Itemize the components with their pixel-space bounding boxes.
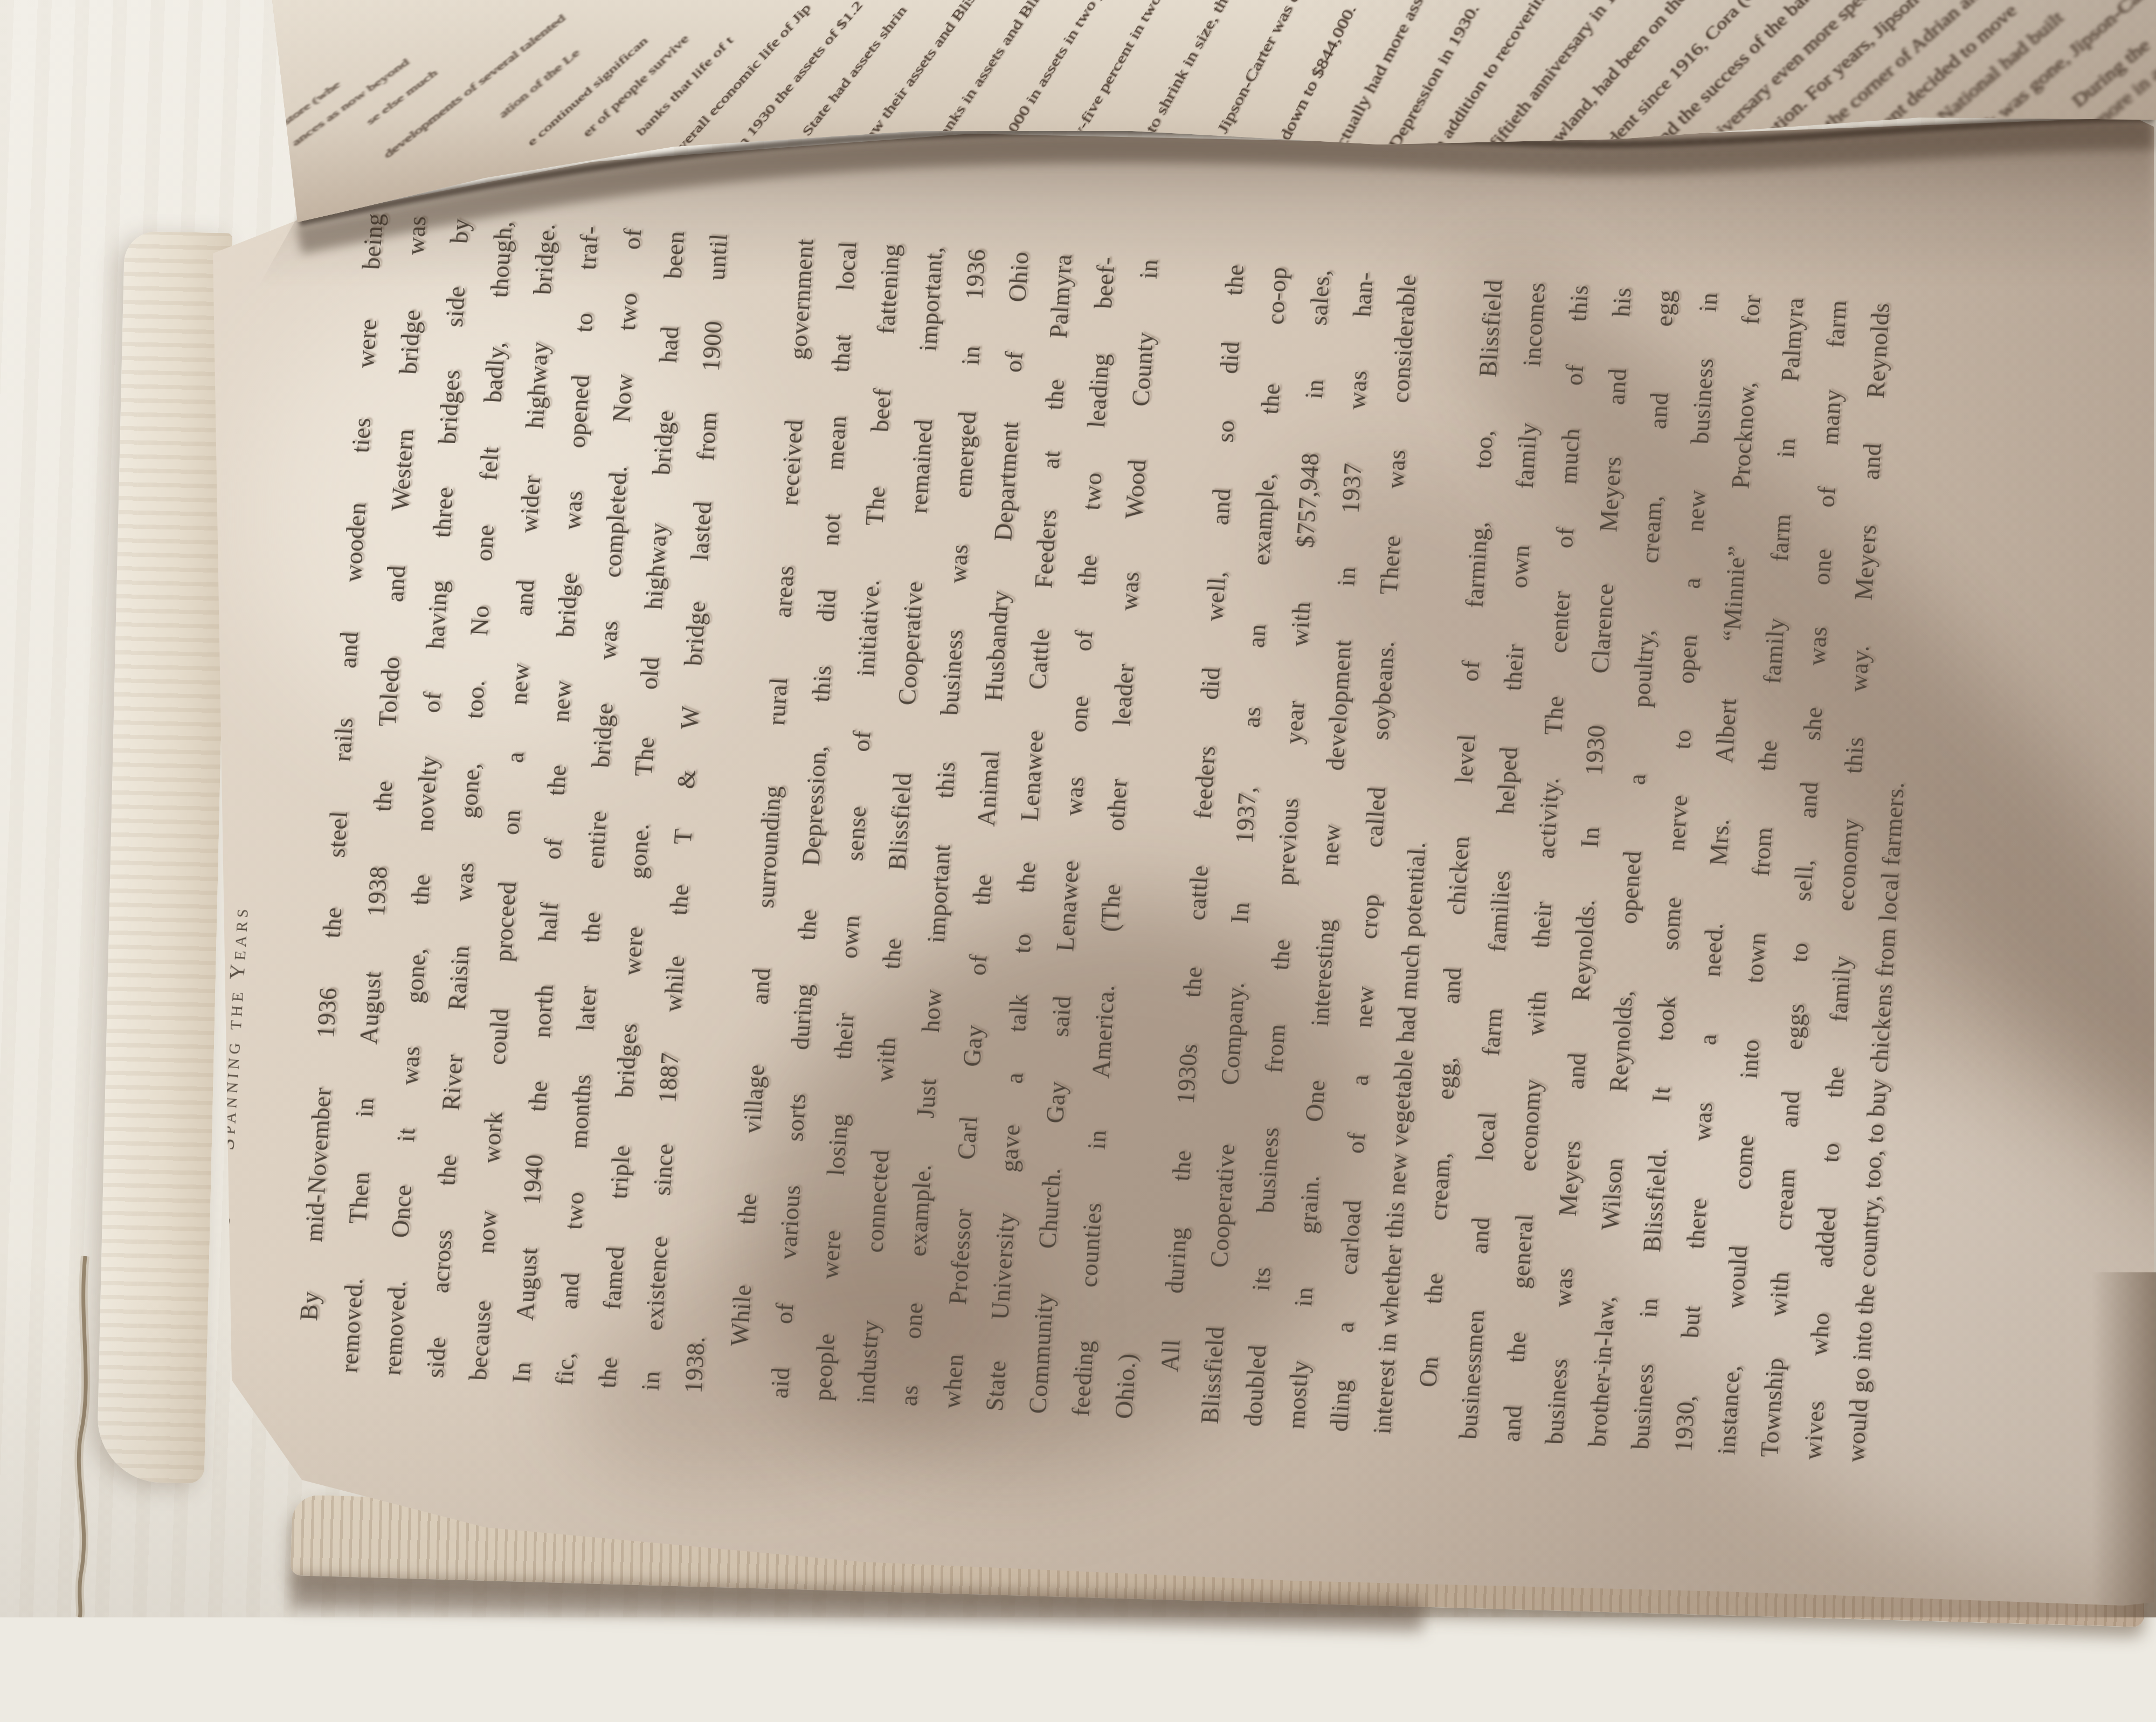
page-body-text: By mid-November 1936 the steel rails and… <box>285 212 1946 1464</box>
corner-shadow-bottom-right <box>2091 1272 2156 1617</box>
page-text-block: 108 Spanning the Years By mid-November 1… <box>201 207 2056 1470</box>
photo-scene: 108 Spanning the Years By mid-November 1… <box>0 0 2156 1617</box>
